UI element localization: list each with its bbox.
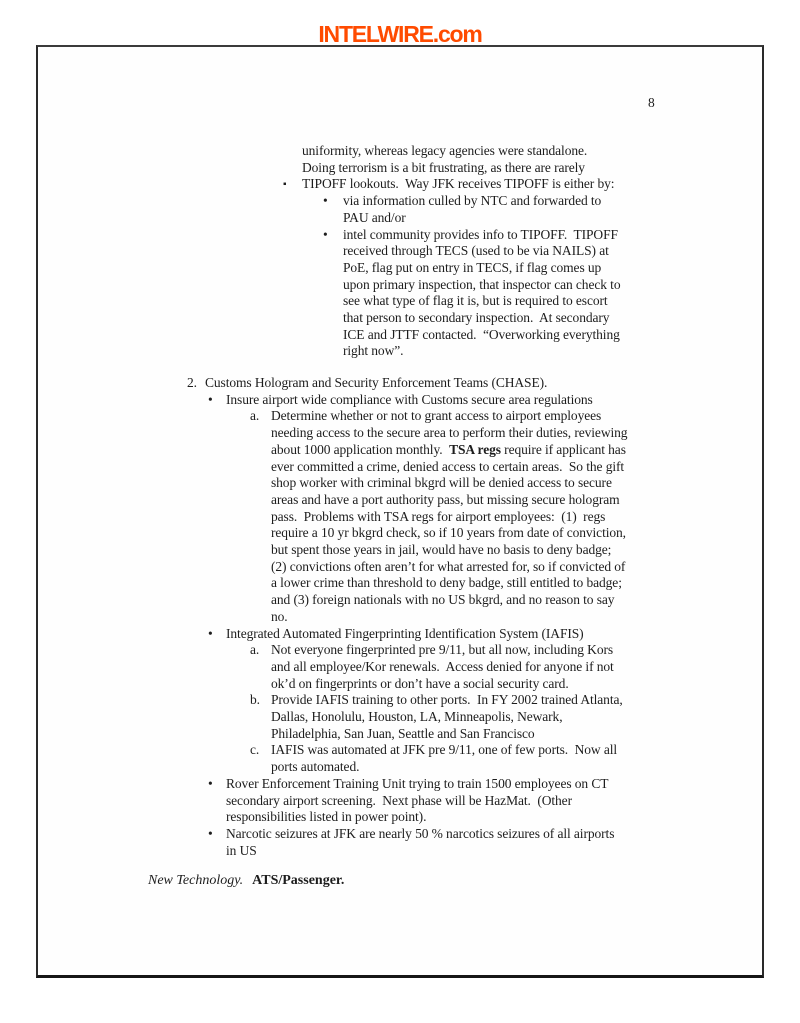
- square-bullet-icon: ▪: [283, 177, 286, 194]
- scan-page: 8 uniformity, whereas legacy agencies we…: [36, 45, 764, 978]
- list-item-narcotic: •Narcotic seizures at JFK are nearly 50 …: [226, 826, 765, 859]
- site-logo-text: INTELWIRE.com: [0, 21, 800, 48]
- list-item-text: Narcotic seizures at JFK are nearly 50 %…: [226, 826, 614, 858]
- paragraph-continuation: uniformity, whereas legacy agencies were…: [302, 143, 662, 176]
- item-text-bold: TSA regs: [449, 442, 501, 457]
- list-item-iafis: •Integrated Automated Fingerprinting Ide…: [226, 626, 765, 643]
- item-text: Provide IAFIS training to other ports. I…: [271, 692, 623, 740]
- list-item-fingerprint: a.Not everyone fingerprinted pre 9/11, b…: [271, 642, 765, 692]
- round-bullet-icon: •: [208, 626, 213, 643]
- item-marker: a.: [250, 408, 259, 425]
- chase-section-block: 2.Customs Hologram and Security Enforcem…: [205, 375, 765, 859]
- item-marker: a.: [250, 642, 259, 659]
- list-item-text: via information culled by NTC and forwar…: [343, 193, 601, 225]
- section-title: Customs Hologram and Security Enforcemen…: [205, 375, 547, 390]
- newtech-label: New Technology.: [148, 873, 243, 888]
- list-item-intel: •intel community provides info to TIPOFF…: [343, 227, 662, 361]
- section-number: 2.: [187, 375, 197, 392]
- page-number: 8: [648, 95, 655, 111]
- list-item-text: TIPOFF lookouts. Way JFK receives TIPOFF…: [302, 176, 614, 191]
- section-title-row: 2.Customs Hologram and Security Enforcem…: [205, 375, 765, 392]
- tipoff-notes-block: uniformity, whereas legacy agencies were…: [302, 143, 662, 360]
- list-item-ntc: •via information culled by NTC and forwa…: [343, 193, 662, 226]
- list-item-text: Insure airport wide compliance with Cust…: [226, 392, 593, 407]
- round-bullet-icon: •: [323, 227, 328, 244]
- list-item-automated: c.IAFIS was automated at JFK pre 9/11, o…: [271, 742, 765, 775]
- list-item-insure: •Insure airport wide compliance with Cus…: [226, 392, 765, 409]
- round-bullet-icon: •: [208, 776, 213, 793]
- round-bullet-icon: •: [208, 392, 213, 409]
- item-marker: b.: [250, 692, 260, 709]
- footer-line: New Technology.ATS/Passenger.: [148, 873, 344, 890]
- list-item-text: Rover Enforcement Training Unit trying t…: [226, 776, 608, 824]
- item-marker: c.: [250, 742, 259, 759]
- round-bullet-icon: •: [208, 826, 213, 843]
- newtech-value: ATS/Passenger.: [252, 873, 344, 888]
- list-item-training: b.Provide IAFIS training to other ports.…: [271, 692, 765, 742]
- list-item-rover: •Rover Enforcement Training Unit trying …: [226, 776, 765, 826]
- list-item-text: Integrated Automated Fingerprinting Iden…: [226, 626, 584, 641]
- list-item-tipoff: ▪TIPOFF lookouts. Way JFK receives TIPOF…: [302, 176, 662, 193]
- round-bullet-icon: •: [323, 193, 328, 210]
- list-item-text: intel community provides info to TIPOFF.…: [343, 227, 620, 359]
- item-text: require if applicant has ever committed …: [271, 442, 626, 624]
- item-text: Not everyone fingerprinted pre 9/11, but…: [271, 642, 614, 690]
- list-item-determine: a.Determine whether or not to grant acce…: [271, 408, 765, 625]
- item-text: IAFIS was automated at JFK pre 9/11, one…: [271, 742, 617, 774]
